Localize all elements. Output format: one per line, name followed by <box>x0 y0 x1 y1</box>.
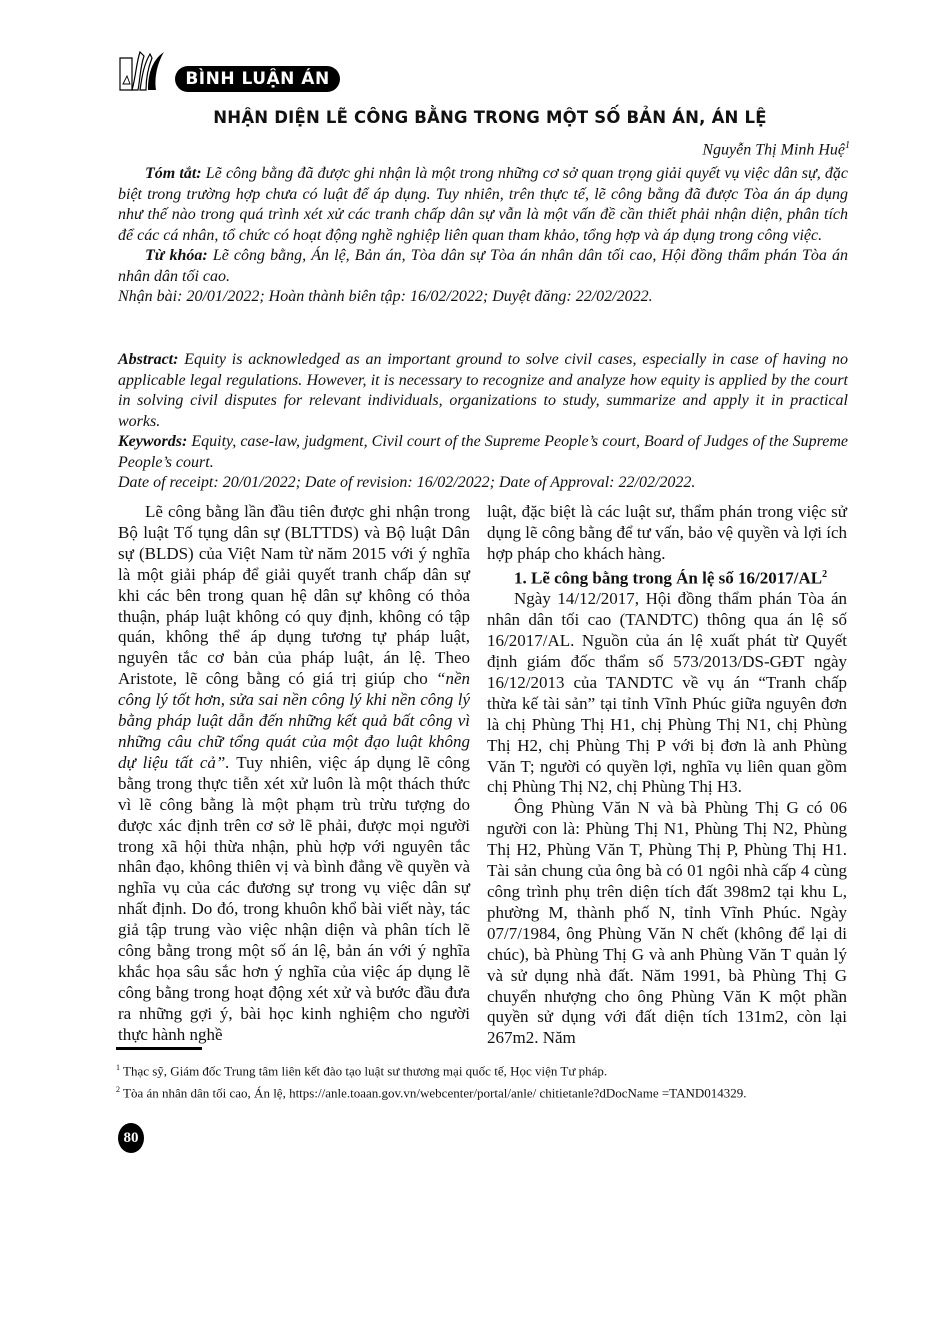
keywords-text-en: Equity, case-law, judgment, Civil court … <box>118 433 848 471</box>
footnote-text: Thạc sỹ, Giám đốc Trung tâm liên kết đào… <box>120 1063 607 1078</box>
footnote-divider <box>116 1047 202 1050</box>
section-header: BÌNH LUẬN ÁN <box>118 46 358 92</box>
english-abstract: Abstract: Equity is acknowledged as an i… <box>118 350 848 494</box>
section-heading-text: 1. Lẽ công bằng trong Án lệ số 16/2017/A… <box>514 568 822 587</box>
body-paragraph: Lẽ công bằng lần đầu tiên được ghi nhận … <box>118 502 470 1046</box>
keywords-paragraph: Từ khóa: Lẽ công bằng, Án lệ, Bản án, Tò… <box>118 246 848 287</box>
footnotes: 1 Thạc sỹ, Giám đốc Trung tâm liên kết đ… <box>116 1058 848 1103</box>
footnote-item: 2 Tòa án nhân dân tối cao, Án lệ, https:… <box>116 1080 848 1102</box>
section-label: BÌNH LUẬN ÁN <box>175 66 340 92</box>
footnote-ref: 2 <box>822 569 827 580</box>
dates-line: Nhận bài: 20/01/2022; Hoàn thành biên tậ… <box>118 287 848 308</box>
body-column-right: luật, đặc biệt là các luật sư, thẩm phán… <box>487 502 847 1049</box>
article-title: NHẬN DIỆN LẼ CÔNG BẰNG TRONG MỘT SỐ BẢN … <box>130 108 850 127</box>
author-name: Nguyễn Thị Minh Huệ1 <box>702 140 850 159</box>
abstract-text: Equity is acknowledged as an important g… <box>118 351 848 430</box>
page-number: 80 <box>118 1123 144 1153</box>
body-paragraph: Ngày 14/12/2017, Hội đồng thẩm phán Tòa … <box>487 589 847 798</box>
author-text: Nguyễn Thị Minh Huệ <box>702 141 845 158</box>
footnote-item: 1 Thạc sỹ, Giám đốc Trung tâm liên kết đ… <box>116 1058 848 1080</box>
abstract-label: Abstract: <box>118 351 178 368</box>
vietnamese-abstract: Tóm tắt: Lẽ công bằng đã được ghi nhận l… <box>118 164 848 308</box>
body-paragraph: Ông Phùng Văn N và bà Phùng Thị G có 06 … <box>487 798 847 1049</box>
body-text: Lẽ công bằng lần đầu tiên được ghi nhận … <box>118 502 470 688</box>
keywords-paragraph-en: Keywords: Equity, case-law, judgment, Ci… <box>118 432 848 473</box>
abstract-paragraph: Abstract: Equity is acknowledged as an i… <box>118 350 848 432</box>
section-heading: 1. Lẽ công bằng trong Án lệ số 16/2017/A… <box>487 565 847 590</box>
keywords-label: Từ khóa: <box>145 247 208 264</box>
body-column-left: Lẽ công bằng lần đầu tiên được ghi nhận … <box>118 502 470 1046</box>
summary-paragraph: Tóm tắt: Lẽ công bằng đã được ghi nhận l… <box>118 164 848 246</box>
journal-logo-icon <box>118 46 170 92</box>
document-page: BÌNH LUẬN ÁN NHẬN DIỆN LẼ CÔNG BẰNG TRON… <box>0 0 943 1333</box>
body-text: Tuy nhiên, việc áp dụng lẽ công bằng tro… <box>118 753 470 1044</box>
keywords-text: Lẽ công bằng, Án lệ, Bản án, Tòa dân sự … <box>118 247 848 285</box>
body-paragraph: luật, đặc biệt là các luật sư, thẩm phán… <box>487 502 847 565</box>
footnote-text: Tòa án nhân dân tối cao, Án lệ, https://… <box>120 1086 746 1101</box>
footnote-ref: 1 <box>845 140 850 151</box>
keywords-label-en: Keywords: <box>118 433 187 450</box>
dates-line-en: Date of receipt: 20/01/2022; Date of rev… <box>118 473 848 494</box>
summary-text: Lẽ công bằng đã được ghi nhận là một tro… <box>118 165 848 244</box>
summary-label: Tóm tắt: <box>145 165 202 182</box>
